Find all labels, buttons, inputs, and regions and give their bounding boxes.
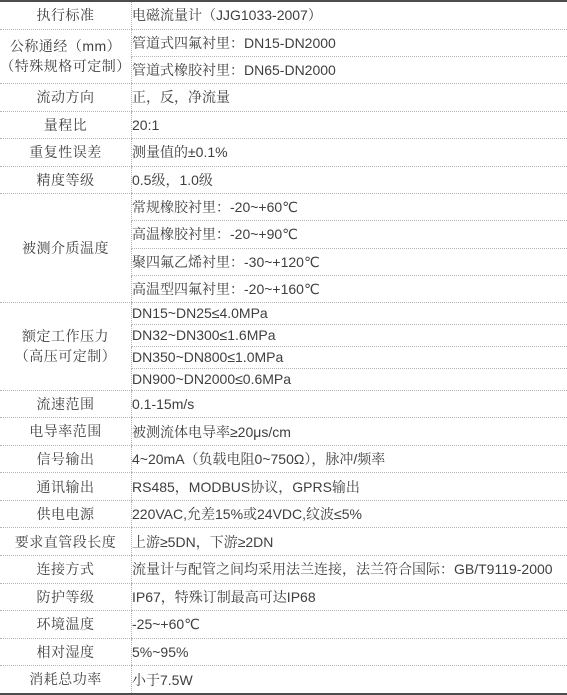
spec-value: 220VAC,允差15%或24VDC,纹波≤5% [132,500,567,528]
spec-label-line: 供电电源 [37,506,95,522]
table-row: 重复性误差测量值的±0.1% [0,139,567,167]
spec-label-line: 执行标准 [37,7,95,23]
table-row: 消耗总功率小于7.5W [0,666,567,694]
spec-value: 4~20mA（负载电阻0~750Ω），脉冲/频率 [132,445,567,473]
spec-value: 0.5级，1.0级 [132,166,567,194]
table-row: 流速范围0.1-15m/s [0,390,567,418]
spec-value: 高温橡胶衬里：-20~+90℃ [132,221,567,248]
spec-value: 小于7.5W [132,666,567,694]
table-row: 公称通经（mm）（特殊规格可定制）管道式四氟衬里：DN15-DN2000 [0,29,567,56]
spec-label: 公称通经（mm）（特殊规格可定制） [0,29,132,83]
spec-label: 重复性误差 [0,139,132,167]
spec-label-line: 公称通经（mm） [10,38,121,54]
spec-value: DN15~DN25≤4.0MPa [132,302,567,324]
spec-label-line: 相对湿度 [37,644,95,660]
table-row: 被测介质温度常规橡胶衬里：-20~+60℃ [0,194,567,221]
spec-value: 被测流体电导率≥20μs/cm [132,418,567,446]
table-row: 要求直管段长度上游≥5DN，下游≥2DN [0,528,567,556]
spec-table-body: 执行标准电磁流量计（JJG1033-2007）公称通经（mm）（特殊规格可定制）… [0,1,567,694]
table-row: 连接方式流量计与配管之间均采用法兰连接，法兰符合国际：GB/T9119-2000 [0,556,567,584]
spec-label-line: 消耗总功率 [29,671,102,687]
spec-label: 流动方向 [0,84,132,112]
spec-label: 被测介质温度 [0,194,132,303]
table-row: 量程比20:1 [0,111,567,139]
spec-label-line: 防护等级 [37,589,95,605]
spec-value: 聚四氟乙烯衬里：-30~+120℃ [132,248,567,275]
spec-value: 0.1-15m/s [132,390,567,418]
table-row: 供电电源220VAC,允差15%或24VDC,纹波≤5% [0,500,567,528]
spec-label: 电导率范围 [0,418,132,446]
spec-table: 执行标准电磁流量计（JJG1033-2007）公称通经（mm）（特殊规格可定制）… [0,0,567,695]
spec-label: 相对湿度 [0,638,132,666]
spec-label: 环境温度 [0,611,132,639]
spec-label: 精度等级 [0,166,132,194]
spec-label-line: 量程比 [44,117,88,133]
table-row: 防护等级IP67，特殊订制最高可达IP68 [0,583,567,611]
spec-label-line: 通讯输出 [37,479,95,495]
spec-label-line: 要求直管段长度 [15,534,117,550]
table-row: 执行标准电磁流量计（JJG1033-2007） [0,1,567,29]
spec-label: 供电电源 [0,500,132,528]
spec-label-line: 连接方式 [37,561,95,577]
spec-label: 量程比 [0,111,132,139]
spec-label-line: 精度等级 [37,172,95,188]
spec-value: -25~+60℃ [132,611,567,639]
table-row: 信号输出4~20mA（负载电阻0~750Ω），脉冲/频率 [0,445,567,473]
spec-value: DN32~DN300≤1.6MPa [132,324,567,346]
table-row: 相对湿度5%~95% [0,638,567,666]
spec-label: 通讯输出 [0,473,132,501]
spec-label-line: 环境温度 [37,616,95,632]
spec-value: 正，反，净流量 [132,84,567,112]
spec-label-line: 流动方向 [37,89,95,105]
spec-value: 20:1 [132,111,567,139]
table-row: 电导率范围被测流体电导率≥20μs/cm [0,418,567,446]
spec-value: 电磁流量计（JJG1033-2007） [132,1,567,29]
spec-label: 流速范围 [0,390,132,418]
spec-label-line: 信号输出 [37,451,95,467]
spec-label-line: 额定工作压力 [22,328,109,344]
spec-value: RS485，MODBUS协议，GPRS输出 [132,473,567,501]
spec-value: 上游≥5DN，下游≥2DN [132,528,567,556]
table-row: 流动方向正，反，净流量 [0,84,567,112]
spec-label: 执行标准 [0,1,132,29]
spec-value: 流量计与配管之间均采用法兰连接，法兰符合国际：GB/T9119-2000 [132,556,567,584]
table-row: 精度等级0.5级，1.0级 [0,166,567,194]
spec-value: IP67，特殊订制最高可达IP68 [132,583,567,611]
spec-label: 额定工作压力（高压可定制） [0,302,132,390]
spec-label: 防护等级 [0,583,132,611]
spec-value: 管道式橡胶衬里：DN65-DN2000 [132,56,567,83]
table-row: 环境温度-25~+60℃ [0,611,567,639]
spec-label: 连接方式 [0,556,132,584]
spec-value: 管道式四氟衬里：DN15-DN2000 [132,29,567,56]
spec-label-line: 重复性误差 [29,144,102,160]
spec-label-line: （高压可定制） [15,348,117,364]
table-row: 通讯输出RS485，MODBUS协议，GPRS输出 [0,473,567,501]
spec-label: 信号输出 [0,445,132,473]
spec-label-line: 被测介质温度 [22,240,109,256]
spec-value: 测量值的±0.1% [132,139,567,167]
spec-value: 高温型四氟衬里：-20~+160℃ [132,275,567,302]
spec-label: 消耗总功率 [0,666,132,694]
spec-value: DN900~DN2000≤0.6MPa [132,368,567,390]
spec-label: 要求直管段长度 [0,528,132,556]
table-row: 额定工作压力（高压可定制）DN15~DN25≤4.0MPa [0,302,567,324]
spec-label-line: 流速范围 [37,396,95,412]
spec-label-line: 电导率范围 [29,423,102,439]
spec-value: 常规橡胶衬里：-20~+60℃ [132,194,567,221]
spec-value: DN350~DN800≤1.0MPa [132,346,567,368]
spec-value: 5%~95% [132,638,567,666]
spec-label-line: （特殊规格可定制） [0,58,131,74]
